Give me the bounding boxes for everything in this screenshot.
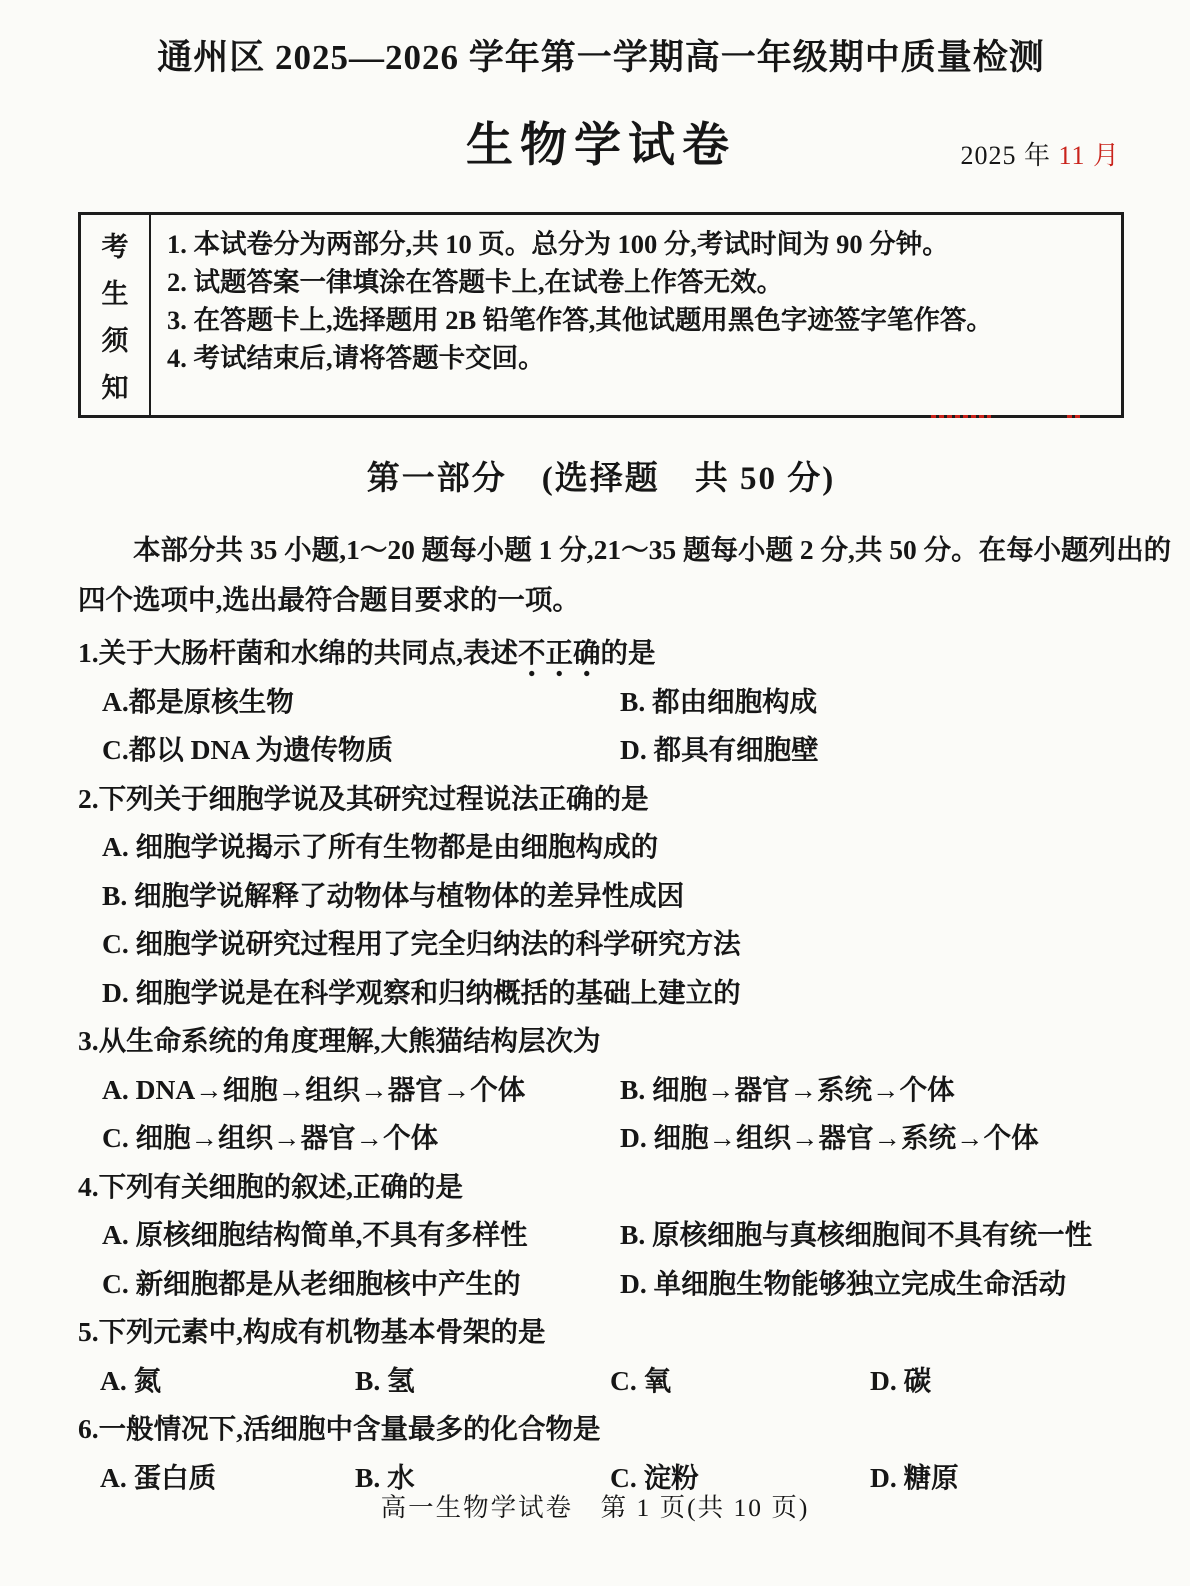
stem-text: 1.关于大肠杆菌和水绵的共同点,表述 xyxy=(78,637,518,668)
notice-label-char: 知 xyxy=(102,366,129,405)
stem-emphasis: 不正确 xyxy=(518,637,601,678)
option: D. 细胞→组织→器官→系统→个体 xyxy=(620,1114,1124,1163)
red-pen-mark xyxy=(931,415,991,418)
stem-text: 的是 xyxy=(601,637,656,668)
question-stem: 3.从生命系统的角度理解,大熊猫结构层次为 xyxy=(78,1017,1124,1066)
option-row: A.都是原核生物 B. 都由细胞构成 xyxy=(78,678,1124,727)
page-footer: 高一生物学试卷 第 1 页(共 10 页) xyxy=(0,1488,1190,1524)
paper-date: 2025 年 11 月 xyxy=(960,135,1120,172)
option-row: A. DNA→细胞→组织→器官→个体 B. 细胞→器官→系统→个体 xyxy=(78,1066,1124,1115)
option: D. 单细胞生物能够独立完成生命活动 xyxy=(620,1260,1124,1309)
section-intro-line1: 本部分共 35 小题,1～20 题每小题 1 分,21～35 题每小题 2 分,… xyxy=(78,525,1124,575)
exam-paper-page: 通州区 2025—2026 学年第一学期高一年级期中质量检测 生物学试卷 202… xyxy=(0,0,1190,1586)
option-row: C.都以 DNA 为遗传物质 D. 都具有细胞壁 xyxy=(78,726,1124,775)
option: B. 氢 xyxy=(355,1357,610,1406)
notice-items: 1. 本试卷分为两部分,共 10 页。总分为 100 分,考试时间为 90 分钟… xyxy=(151,215,1121,415)
red-pen-mark xyxy=(1067,415,1083,418)
option: C.都以 DNA 为遗传物质 xyxy=(102,726,620,775)
option: B. 细胞学说解释了动物体与植物体的差异性成因 xyxy=(102,872,684,921)
option-row: C. 细胞学说研究过程用了完全归纳法的科学研究方法 xyxy=(78,920,1124,969)
question-5: 5.下列元素中,构成有机物基本骨架的是 A. 氮 B. 氢 C. 氧 D. 碳 xyxy=(78,1308,1124,1405)
option: A. 细胞学说揭示了所有生物都是由细胞构成的 xyxy=(102,823,658,872)
option: D. 细胞学说是在科学观察和归纳概括的基础上建立的 xyxy=(102,969,741,1018)
question-1: 1.关于大肠杆菌和水绵的共同点,表述不正确的是 A.都是原核生物 B. 都由细胞… xyxy=(78,629,1124,775)
notice-item: 2. 试题答案一律填涂在答题卡上,在试卷上作答无效。 xyxy=(167,263,1115,301)
option-row: A. 氮 B. 氢 C. 氧 D. 碳 xyxy=(78,1357,1124,1406)
option: B. 细胞→器官→系统→个体 xyxy=(620,1066,1124,1115)
question-stem: 5.下列元素中,构成有机物基本骨架的是 xyxy=(78,1308,1124,1357)
option-row: A. 原核细胞结构简单,不具有多样性 B. 原核细胞与真核细胞间不具有统一性 xyxy=(78,1211,1124,1260)
option: D. 碳 xyxy=(870,1357,1124,1406)
notice-item: 1. 本试卷分为两部分,共 10 页。总分为 100 分,考试时间为 90 分钟… xyxy=(167,225,1115,263)
stem-text: 4.下列有关细胞的叙述,正确的是 xyxy=(78,1171,463,1202)
option: C. 氧 xyxy=(610,1357,870,1406)
option: A. 氮 xyxy=(100,1357,355,1406)
notice-label-char: 考 xyxy=(102,225,129,264)
stem-text: 5.下列元素中,构成有机物基本骨架的是 xyxy=(78,1316,546,1347)
option: B. 原核细胞与真核细胞间不具有统一性 xyxy=(620,1211,1124,1260)
paper-date-year: 2025 年 xyxy=(960,141,1058,170)
paper-title-row: 生物学试卷 2025 年 11 月 xyxy=(78,108,1124,174)
question-3: 3.从生命系统的角度理解,大熊猫结构层次为 A. DNA→细胞→组织→器官→个体… xyxy=(78,1017,1124,1163)
notice-item: 4. 考试结束后,请将答题卡交回。 xyxy=(167,339,1115,377)
option: D. 都具有细胞壁 xyxy=(620,726,1124,775)
question-stem: 6.一般情况下,活细胞中含量最多的化合物是 xyxy=(78,1405,1124,1454)
question-4: 4.下列有关细胞的叙述,正确的是 A. 原核细胞结构简单,不具有多样性 B. 原… xyxy=(78,1163,1124,1309)
notice-label: 考 生 须 知 xyxy=(81,215,151,415)
option: C. 新细胞都是从老细胞核中产生的 xyxy=(102,1260,620,1309)
notice-item: 3. 在答题卡上,选择题用 2B 铅笔作答,其他试题用黑色字迹签字笔作答。 xyxy=(167,301,1115,339)
section-heading: 第一部分 (选择题 共 50 分) xyxy=(78,452,1124,499)
option-row: D. 细胞学说是在科学观察和归纳概括的基础上建立的 xyxy=(78,969,1124,1018)
option: C. 细胞学说研究过程用了完全归纳法的科学研究方法 xyxy=(102,920,741,969)
section-intro-line2: 四个选项中,选出最符合题目要求的一项。 xyxy=(78,575,1124,625)
question-stem: 2.下列关于细胞学说及其研究过程说法正确的是 xyxy=(78,775,1124,824)
option-row: A. 细胞学说揭示了所有生物都是由细胞构成的 xyxy=(78,823,1124,872)
option-row: C. 新细胞都是从老细胞核中产生的 D. 单细胞生物能够独立完成生命活动 xyxy=(78,1260,1124,1309)
stem-text: 3.从生命系统的角度理解,大熊猫结构层次为 xyxy=(78,1025,601,1056)
header-title: 通州区 2025—2026 学年第一学期高一年级期中质量检测 xyxy=(78,30,1124,80)
stem-text: 2.下列关于细胞学说及其研究过程说法正确的是 xyxy=(78,783,649,814)
option: B. 都由细胞构成 xyxy=(620,678,1124,727)
question-stem: 1.关于大肠杆菌和水绵的共同点,表述不正确的是 xyxy=(78,629,1124,678)
option-row: B. 细胞学说解释了动物体与植物体的差异性成因 xyxy=(78,872,1124,921)
option: A.都是原核生物 xyxy=(102,678,620,727)
notice-label-char: 须 xyxy=(102,319,129,358)
question-list: 1.关于大肠杆菌和水绵的共同点,表述不正确的是 A.都是原核生物 B. 都由细胞… xyxy=(78,629,1124,1502)
question-2: 2.下列关于细胞学说及其研究过程说法正确的是 A. 细胞学说揭示了所有生物都是由… xyxy=(78,775,1124,1018)
paper-date-month: 11 月 xyxy=(1058,141,1120,170)
notice-box: 考 生 须 知 1. 本试卷分为两部分,共 10 页。总分为 100 分,考试时… xyxy=(78,212,1124,418)
option-row: C. 细胞→组织→器官→个体 D. 细胞→组织→器官→系统→个体 xyxy=(78,1114,1124,1163)
option: A. 原核细胞结构简单,不具有多样性 xyxy=(102,1211,620,1260)
option: A. DNA→细胞→组织→器官→个体 xyxy=(102,1066,620,1115)
option: C. 细胞→组织→器官→个体 xyxy=(102,1114,620,1163)
section-intro: 本部分共 35 小题,1～20 题每小题 1 分,21～35 题每小题 2 分,… xyxy=(78,525,1124,625)
notice-label-char: 生 xyxy=(102,272,129,311)
question-stem: 4.下列有关细胞的叙述,正确的是 xyxy=(78,1163,1124,1212)
stem-text: 6.一般情况下,活细胞中含量最多的化合物是 xyxy=(78,1413,601,1444)
